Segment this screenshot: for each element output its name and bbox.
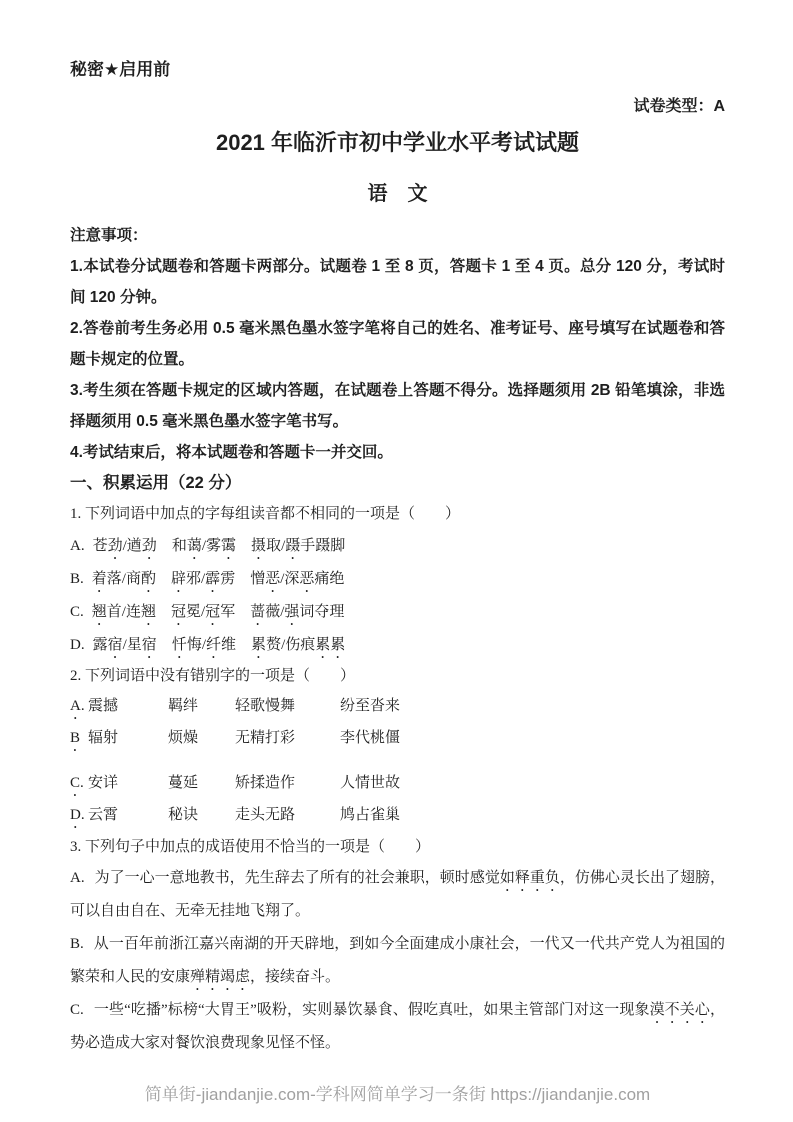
question-3-stem: 3. 下列句子中加点的成语使用不恰当的一项是（ ） xyxy=(70,832,725,862)
option-label-c: C. xyxy=(70,604,84,620)
option-text-c: 翘首/连翘 冠冕/冠军 蔷薇/强词夺理 xyxy=(92,604,345,620)
question-2-option-c: C. 安详 蔓延 矫揉造作 人情世故 xyxy=(70,768,725,800)
subject-title: 语 文 xyxy=(70,180,725,208)
question-3: 3. 下列句子中加点的成语使用不恰当的一项是（ ） A.为了一心一意地教书，先生… xyxy=(70,832,725,1060)
question-1-option-d: D.露宿/星宿 忏悔/纤维 累赘/伤痕累累 xyxy=(70,629,725,662)
option-word: 秘诀 xyxy=(168,800,235,832)
question-2-stem: 2. 下列词语中没有错别字的一项是（ ） xyxy=(70,662,725,691)
section-heading: 一、积累运用（22 分） xyxy=(70,468,725,499)
option-label-d: D. xyxy=(70,800,88,832)
option-word: 走头无路 xyxy=(235,800,340,832)
option-word: 烦燥 xyxy=(168,723,235,755)
option-label-a: A. xyxy=(70,691,88,723)
notice-item-4: 4.考试结束后，将本试题卷和答题卡一并交回。 xyxy=(70,437,725,468)
notice-section: 注意事项： 1.本试卷分试题卷和答题卡两部分。试题卷 1 至 8 页，答题卡 1… xyxy=(70,220,725,468)
option-word: 云霄 xyxy=(88,800,168,832)
option-label-b: B xyxy=(70,723,88,755)
option-text-b: 从一百年前浙江嘉兴南湖的开天辟地，到如今全面建成小康社会，一代又一代共产党人为祖… xyxy=(70,936,725,985)
option-word: 蔓延 xyxy=(168,768,235,800)
notice-heading: 注意事项： xyxy=(70,220,725,251)
question-2-option-d: D. 云霄 秘诀 走头无路 鸠占雀巢 xyxy=(70,800,725,832)
exam-title: 2021 年临沂市初中学业水平考试试题 xyxy=(70,128,725,158)
option-label-d: D. xyxy=(70,637,85,653)
question-1-option-c: C.翘首/连翘 冠冕/冠军 蔷薇/强词夺理 xyxy=(70,596,725,629)
question-2-option-b: B 辐射 烦燥 无精打彩 李代桃僵 xyxy=(70,723,725,755)
question-3-option-a: A.为了一心一意地教书，先生辞去了所有的社会兼职，顿时感觉如释重负，仿佛心灵长出… xyxy=(70,862,725,928)
option-text-b: 着落/商酌 辟邪/霹雳 憎恶/深恶痛绝 xyxy=(92,571,345,587)
option-word: 矫揉造作 xyxy=(235,768,340,800)
option-word: 鸠占雀巢 xyxy=(340,800,725,832)
option-word: 辐射 xyxy=(88,723,168,755)
notice-item-2: 2.答卷前考生务必用 0.5 毫米黑色墨水签字笔将自己的姓名、准考证号、座号填写… xyxy=(70,313,725,375)
notice-item-3: 3.考生须在答题卡规定的区域内答题，在试题卷上答题不得分。选择题须用 2B 铅笔… xyxy=(70,375,725,437)
option-label-b: B. xyxy=(70,936,84,952)
question-1: 1. 下列词语中加点的字每组读音都不相同的一项是（ ） A.苍劲/遒劲 和蔼/雾… xyxy=(70,499,725,662)
option-word: 纷至沓来 xyxy=(340,691,725,723)
option-text-d: 露宿/星宿 忏悔/纤维 累赘/伤痕累累 xyxy=(93,637,346,653)
option-word: 无精打彩 xyxy=(235,723,340,755)
option-word: 震撼 xyxy=(88,691,168,723)
option-label-a: A. xyxy=(70,870,85,886)
option-label-c: C. xyxy=(70,768,88,800)
question-3-option-b: B.从一百年前浙江嘉兴南湖的开天辟地，到如今全面建成小康社会，一代又一代共产党人… xyxy=(70,928,725,994)
option-word: 人情世故 xyxy=(340,768,725,800)
option-word: 安详 xyxy=(88,768,168,800)
paper-type-label: 试卷类型：A xyxy=(70,96,725,118)
notice-item-1: 1.本试卷分试题卷和答题卡两部分。试题卷 1 至 8 页，答题卡 1 至 4 页… xyxy=(70,251,725,313)
option-text-a: 苍劲/遒劲 和蔼/雾霭 摄取/蹑手蹑脚 xyxy=(93,538,346,554)
option-label-c: C. xyxy=(70,1002,84,1018)
option-word: 李代桃僵 xyxy=(340,723,725,755)
footer-watermark: 简单街-jiandanjie.com-学科网简单学习一条街 https://ji… xyxy=(70,1084,725,1106)
option-word: 羁绊 xyxy=(168,691,235,723)
option-text-a: 为了一心一意地教书，先生辞去了所有的社会兼职，顿时感觉如释重负，仿佛心灵长出了翅… xyxy=(70,870,725,919)
question-2: 2. 下列词语中没有错别字的一项是（ ） A. 震撼 羁绊 轻歌慢舞 纷至沓来 … xyxy=(70,662,725,832)
option-label-a: A. xyxy=(70,538,85,554)
option-word: 轻歌慢舞 xyxy=(235,691,340,723)
question-3-option-c: C.一些“吃播”标榜“大胃王”吸粉，实则暴饮暴食、假吃真吐，如果主管部门对这一现… xyxy=(70,994,725,1060)
question-2-option-a: A. 震撼 羁绊 轻歌慢舞 纷至沓来 xyxy=(70,691,725,723)
question-1-option-b: B.着落/商酌 辟邪/霹雳 憎恶/深恶痛绝 xyxy=(70,563,725,596)
secrecy-label: 秘密★启用前 xyxy=(70,58,725,82)
option-label-b: B. xyxy=(70,571,84,587)
exam-paper-page: 秘密★启用前 试卷类型：A 2021 年临沂市初中学业水平考试试题 语 文 注意… xyxy=(0,0,793,1122)
option-text-c: 一些“吃播”标榜“大胃王”吸粉，实则暴饮暴食、假吃真吐，如果主管部门对这一现象漠… xyxy=(70,1002,725,1051)
question-1-stem: 1. 下列词语中加点的字每组读音都不相同的一项是（ ） xyxy=(70,499,725,530)
question-1-option-a: A.苍劲/遒劲 和蔼/雾霭 摄取/蹑手蹑脚 xyxy=(70,530,725,563)
